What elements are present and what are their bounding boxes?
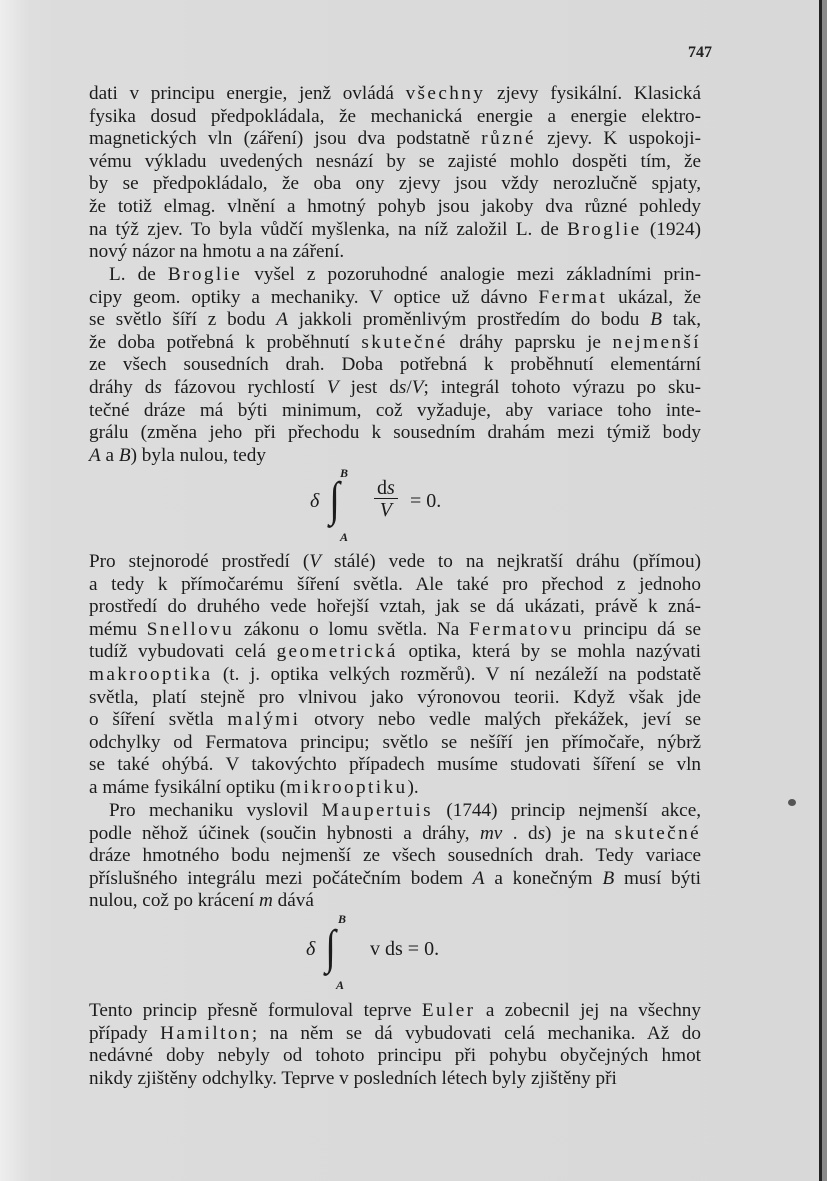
integrand-equals-zero: v ds = 0. (370, 938, 439, 961)
text-line: dráze hmotného bodu nejmenší ze všech so… (89, 845, 701, 868)
spaced-emphasis: Euler (422, 1000, 476, 1021)
integral-sign: ∫ (329, 476, 340, 524)
spaced-emphasis: nejmenší (613, 332, 701, 353)
paragraph-1: dati v principu energie, jenž ovládá vše… (89, 83, 701, 264)
text-line: dráhy ds fázovou rychlostí V jest ds/V; … (89, 377, 701, 400)
spaced-emphasis: různé (481, 128, 536, 149)
text-line: magnetických vln (záření) jsou dva podst… (89, 128, 701, 151)
integral-upper-limit: B (340, 466, 348, 481)
integral-sign: ∫ (325, 924, 336, 972)
numerator-s: s (387, 477, 395, 499)
text-line: makrooptika (t. j. optika velkých rozměr… (89, 664, 701, 687)
margin-ink-dot (788, 799, 796, 806)
text-line: příslušného integrálu mezi počátečním bo… (89, 868, 701, 891)
fraction: ds V (374, 478, 398, 521)
text-line: nedávné doby nebyly od tohoto principu p… (89, 1045, 701, 1068)
text-line: a tedy k přímočarému šíření světla. Ale … (89, 574, 701, 597)
text-line: se světlo šíří z bodu A jakkoli proměnli… (89, 309, 701, 332)
numerator: ds (374, 478, 398, 499)
text-line: případy Hamilton; na něm se dá vybudovat… (89, 1023, 701, 1046)
math-variable: A (276, 309, 288, 330)
text-line: podle něhož účinek (součin hybnosti a dr… (89, 823, 701, 846)
page-number: 747 (672, 44, 712, 62)
spaced-emphasis: Fermatovu (469, 619, 574, 640)
math-variable: s (538, 823, 545, 844)
math-variable: V (327, 377, 339, 398)
text-line: odchylky od Fermatova principu; světlo s… (89, 732, 701, 755)
page-gutter (822, 0, 827, 1181)
spaced-emphasis: Snellovu (147, 619, 234, 640)
text-line: a máme fysikální optiku (mikrooptiku). (89, 777, 701, 800)
spaced-emphasis: makrooptika (89, 664, 212, 685)
delta-symbol: δ (306, 938, 315, 961)
text-line: nikdy zjištěny odchylky. Teprve v posled… (89, 1068, 701, 1091)
paragraph-5: Tento princip přesně formuloval teprve E… (89, 1000, 701, 1090)
text-line: Tento princip přesně formuloval teprve E… (89, 1000, 701, 1023)
text-line: grálu (změna jeho při přechodu k sousedn… (89, 422, 701, 445)
text-line: se také ohýbá. V takovýchto případech mu… (89, 754, 701, 777)
integral-lower-limit: A (336, 978, 344, 993)
spaced-emphasis: mikrooptiku (286, 777, 407, 798)
text-line: by se předpokládalo, že oba ony zjevy js… (89, 173, 701, 196)
text-line: že totiž elmag. vlnění a hmotný pohyb js… (89, 196, 701, 219)
math-variable: s (154, 377, 161, 398)
formula-fermat: B δ ∫ A ds V = 0. (300, 462, 500, 552)
spaced-emphasis: skutečné (615, 823, 701, 844)
text-line: světla, platí stejně pro vlnivou jako vý… (89, 687, 701, 710)
text-line: mému Snellovu zákonu o lomu světla. Na F… (89, 619, 701, 642)
math-variable: B (119, 445, 131, 466)
text-line: tudíž vybudovati celá geometrická optika… (89, 641, 701, 664)
math-variable: A (473, 868, 485, 889)
text-line: na týž zjev. To byla vůdčí myšlenka, na … (89, 219, 701, 242)
math-variable: A (89, 445, 101, 466)
text-line: prostředí do druhého vede hořejší vztah,… (89, 596, 701, 619)
spaced-emphasis: Broglie (168, 264, 242, 285)
math-variable: V (309, 551, 321, 572)
formula-maupertuis: B δ ∫ A v ds = 0. (300, 908, 500, 998)
paragraph-2: L. de Broglie vyšel z pozoruhodné analog… (89, 264, 701, 467)
spaced-emphasis: Hamilton (160, 1023, 252, 1044)
spaced-emphasis: skutečné (361, 332, 447, 353)
text-line: L. de Broglie vyšel z pozoruhodné analog… (89, 264, 701, 287)
delta-symbol: δ (310, 490, 319, 513)
equals-zero: = 0. (410, 490, 441, 513)
text-line: fysika dosud předpokládala, že mechanick… (89, 106, 701, 129)
math-variable: V (412, 377, 424, 398)
spaced-emphasis: Maupertuis (322, 800, 433, 821)
text-line: ze všech sousedních drah. Doba potřebná … (89, 354, 701, 377)
paragraph-4: Pro mechaniku vyslovil Maupertuis (1744)… (89, 800, 701, 913)
spaced-emphasis: malými (227, 709, 300, 730)
text-line: tečné dráze má býti minimum, což vyžaduj… (89, 400, 701, 423)
denominator: V (374, 499, 398, 521)
spaced-emphasis: všechny (406, 83, 486, 104)
math-variable: B (602, 868, 614, 889)
text-line: Pro stejnorodé prostředí (V stálé) vede … (89, 551, 701, 574)
text-line: vému výkladu uvedených nesnází by se zaj… (89, 151, 701, 174)
math-variable: mv (480, 823, 502, 844)
spaced-emphasis: Fermat (538, 287, 607, 308)
integral-upper-limit: B (338, 912, 346, 927)
spaced-emphasis: Broglie (567, 219, 641, 240)
text-line: nový názor na hmotu a na záření. (89, 241, 701, 264)
text-line: dati v principu energie, jenž ovládá vše… (89, 83, 701, 106)
math-variable: B (650, 309, 662, 330)
math-variable: s (399, 377, 406, 398)
math-variable: m (259, 890, 273, 911)
text-line: Pro mechaniku vyslovil Maupertuis (1744)… (89, 800, 701, 823)
text-line: o šíření světla malými otvory nebo vedle… (89, 709, 701, 732)
integral-lower-limit: A (340, 530, 348, 545)
spaced-emphasis: geometrická (277, 641, 398, 662)
paragraph-3: Pro stejnorodé prostředí (V stálé) vede … (89, 551, 701, 800)
text-line: cipy geom. optiky a mechaniky. V optice … (89, 287, 701, 310)
text-line: že doba potřebná k proběhnutí skutečné d… (89, 332, 701, 355)
